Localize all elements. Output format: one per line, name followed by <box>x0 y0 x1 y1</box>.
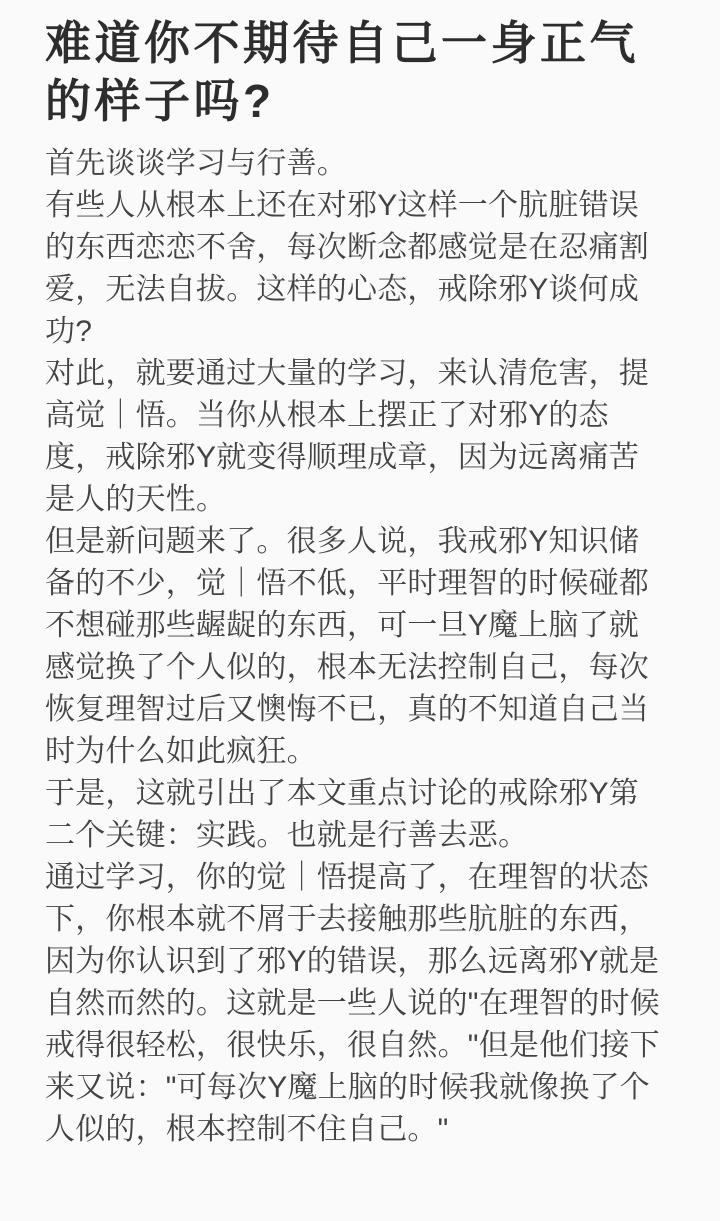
article-body: 首先谈谈学习与行善。 有些人从根本上还在对邪Y这样一个肮脏错误 的东西恋恋不舍，… <box>45 143 682 1151</box>
article-line: 度，戒除邪Y就变得顺理成章，因为远离痛苦 <box>45 437 682 479</box>
paragraph: 但是新问题来了。很多人说，我戒邪Y知识储 备的不少，觉｜悟不低，平时理智的时候碰… <box>45 521 682 773</box>
article-line: 戒得很轻松，很快乐，很自然。"但是他们接下 <box>45 1025 682 1067</box>
article-line: 备的不少，觉｜悟不低，平时理智的时候碰都 <box>45 563 682 605</box>
article-line: 通过学习，你的觉｜悟提高了，在理智的状态 <box>45 857 682 899</box>
article-line: 来又说："可每次Y魔上脑的时候我就像换了个 <box>45 1067 682 1109</box>
article-line: 恢复理智过后又懊悔不已，真的不知道自己当 <box>45 689 682 731</box>
article-line: 自然而然的。这就是一些人说的"在理智的时候 <box>45 983 682 1025</box>
article-line: 感觉换了个人似的，根本无法控制自己，每次 <box>45 647 682 689</box>
article-line: 因为你认识到了邪Y的错误，那么远离邪Y就是 <box>45 941 682 983</box>
article-title-line: 难道你不期待自己一身正气 <box>45 14 682 72</box>
article-line: 但是新问题来了。很多人说，我戒邪Y知识储 <box>45 521 682 563</box>
article-line: 的东西恋恋不舍，每次断念都感觉是在忍痛割 <box>45 227 682 269</box>
article-line: 首先谈谈学习与行善。 <box>45 143 682 185</box>
article-line: 下，你根本就不屑于去接触那些肮脏的东西， <box>45 899 682 941</box>
paragraph: 通过学习，你的觉｜悟提高了，在理智的状态 下，你根本就不屑于去接触那些肮脏的东西… <box>45 857 682 1151</box>
article-line: 于是，这就引出了本文重点讨论的戒除邪Y第 <box>45 773 682 815</box>
article-title-line: 的样子吗? <box>45 72 682 130</box>
article-line: 功? <box>45 311 682 353</box>
article-line: 时为什么如此疯狂。 <box>45 731 682 773</box>
article-line: 是人的天性。 <box>45 479 682 521</box>
paragraph: 于是，这就引出了本文重点讨论的戒除邪Y第 二个关键：实践。也就是行善去恶。 <box>45 773 682 857</box>
article-line: 有些人从根本上还在对邪Y这样一个肮脏错误 <box>45 185 682 227</box>
article-line: 二个关键：实践。也就是行善去恶。 <box>45 815 682 857</box>
article-page: 难道你不期待自己一身正气 的样子吗? 首先谈谈学习与行善。 有些人从根本上还在对… <box>0 0 720 1221</box>
paragraph: 对此，就要通过大量的学习，来认清危害，提 高觉｜悟。当你从根本上摆正了对邪Y的态… <box>45 353 682 521</box>
article-line: 爱，无法自拔。这样的心态，戒除邪Y谈何成 <box>45 269 682 311</box>
article-line: 对此，就要通过大量的学习，来认清危害，提 <box>45 353 682 395</box>
paragraph: 首先谈谈学习与行善。 <box>45 143 682 185</box>
paragraph: 有些人从根本上还在对邪Y这样一个肮脏错误 的东西恋恋不舍，每次断念都感觉是在忍痛… <box>45 185 682 353</box>
article-line: 不想碰那些龌龊的东西，可一旦Y魔上脑了就 <box>45 605 682 647</box>
article-line: 高觉｜悟。当你从根本上摆正了对邪Y的态 <box>45 395 682 437</box>
article-title: 难道你不期待自己一身正气 的样子吗? <box>45 14 682 130</box>
article-line: 人似的，根本控制不住自己。" <box>45 1109 682 1151</box>
